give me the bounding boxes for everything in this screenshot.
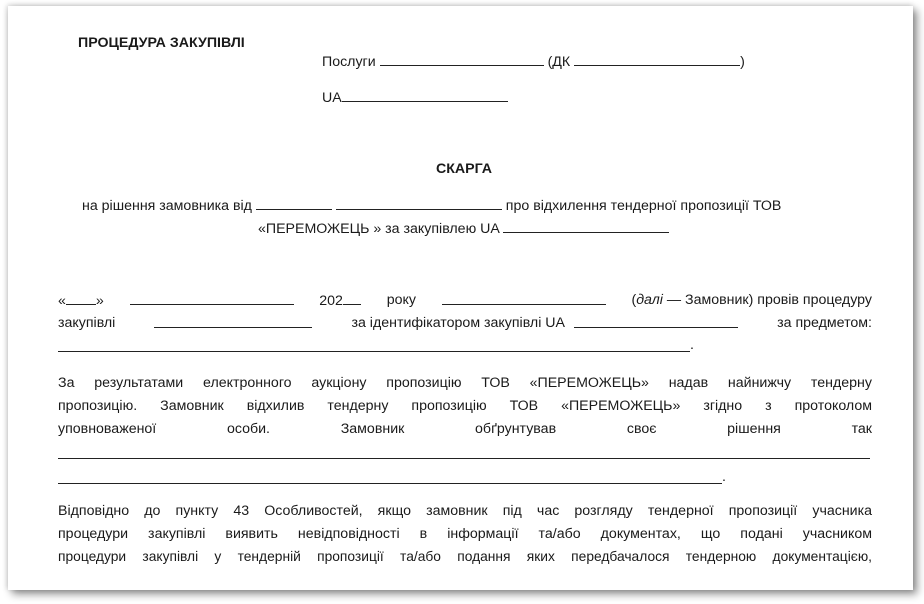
subtitle-text-2: «ПЕРЕМОЖЕЦЬ » за закупівлею UA — [258, 221, 499, 237]
para1-line2-end: за предметом: — [777, 314, 872, 332]
reason-blank-1[interactable] — [58, 458, 870, 459]
para2-line2: пропозицію. Замовник відхилив тендерну п… — [58, 397, 872, 415]
procedure-heading: ПРОЦЕДУРА ЗАКУПІВЛІ — [78, 34, 245, 52]
para3-line2: процедури закупівлі виявить невідповідно… — [58, 525, 872, 543]
dk-label: (ДК — [548, 54, 571, 70]
para1-line2-start: закупівлі — [58, 314, 115, 332]
para2-line3: уповноваженої особи. Замовник обґрунтува… — [58, 420, 872, 438]
para2-line1: За результатами електронного аукціону пр… — [58, 374, 872, 392]
ua-label: UA — [322, 90, 342, 106]
document-title: СКАРГА — [436, 160, 492, 178]
para2-period: . — [722, 468, 726, 486]
date-blank[interactable] — [256, 196, 332, 210]
identifier-blank[interactable] — [574, 314, 738, 328]
para1-line2: закупівлі за ідентифікатором закупівлі U… — [58, 314, 872, 332]
ua-line: UA — [322, 88, 508, 107]
word: особи. — [227, 420, 270, 438]
subtitle-text-end: про відхилення тендерної пропозиції ТОВ — [506, 198, 782, 214]
word: Замовник — [341, 420, 405, 438]
month-blank[interactable] — [130, 291, 294, 305]
year-suffix: року — [387, 291, 416, 310]
subject-blank[interactable] — [58, 351, 690, 352]
subtitle-line-1: на рішення замовника від про відхилення … — [82, 196, 781, 215]
para3-line3: процедури закупівлі у тендерній пропозиц… — [58, 548, 872, 566]
para1-line2-mid: за ідентифікатором закупівлі UA — [351, 314, 565, 332]
reason-blank-2[interactable] — [58, 483, 722, 484]
services-label: Послуги — [322, 54, 376, 70]
ua-blank[interactable] — [342, 88, 508, 102]
quote-close: » — [96, 293, 104, 309]
para1-line1: «» 202 року (далі — Замовник) провів про… — [58, 291, 872, 310]
decision-blank[interactable] — [336, 196, 502, 210]
word: обґрунтував — [475, 420, 556, 438]
word: так — [852, 420, 872, 438]
day-blank[interactable] — [66, 291, 96, 305]
quote-open: « — [58, 293, 66, 309]
year-blank[interactable] — [343, 291, 361, 305]
purchase-ua-blank[interactable] — [503, 219, 669, 233]
after-dali-text: — Замовник) провів процедуру — [667, 292, 872, 308]
services-line: Послуги (ДК ) — [322, 52, 745, 71]
dk-close: ) — [740, 54, 745, 70]
year-prefix: 202 — [319, 293, 343, 309]
subtitle-line-2: «ПЕРЕМОЖЕЦЬ » за закупівлею UA — [258, 219, 669, 238]
para3-line1: Відповідно до пункту 43 Особливостей, як… — [58, 502, 872, 520]
dk-blank[interactable] — [574, 52, 740, 66]
document-page: ПРОЦЕДУРА ЗАКУПІВЛІ Послуги (ДК ) UA СКА… — [8, 6, 913, 590]
customer-blank[interactable] — [442, 291, 606, 305]
subtitle-text: на рішення замовника від — [82, 198, 252, 214]
word: уповноваженої — [58, 420, 156, 438]
word: рішення — [727, 420, 781, 438]
para1-period: . — [690, 336, 694, 354]
services-blank[interactable] — [380, 52, 544, 66]
procedure-blank[interactable] — [154, 314, 312, 328]
dali-text: далі — [636, 292, 663, 308]
word: своє — [627, 420, 657, 438]
